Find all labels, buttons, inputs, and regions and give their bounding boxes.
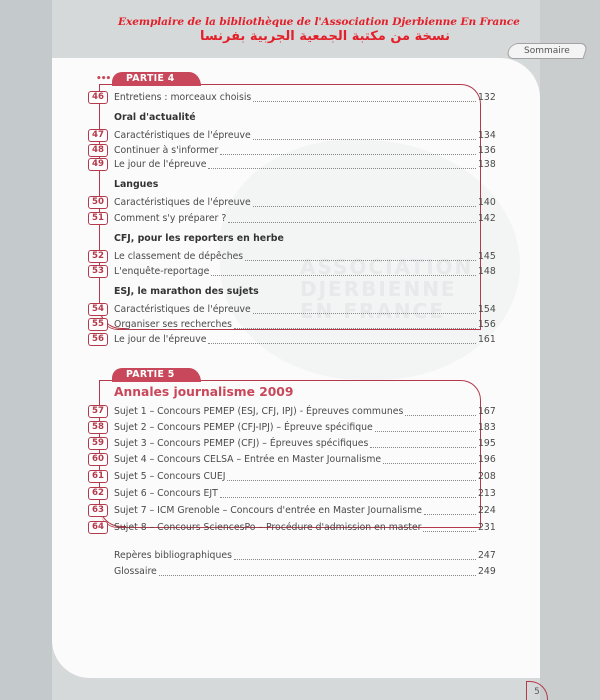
page-ref: 213: [478, 488, 500, 499]
page-ref: 208: [478, 471, 500, 482]
group-heading: Oral d'actualité: [114, 112, 196, 123]
dot-leader: [211, 267, 476, 276]
entry-title: Le classement de dépêches: [114, 251, 243, 262]
chapter-number: 62: [88, 487, 108, 500]
toc-entry[interactable]: 53 L'enquête-reportage 148: [88, 264, 500, 278]
chapter-number: 64: [88, 521, 108, 534]
page-ref: 156: [478, 319, 500, 330]
ellipsis-icon: •••: [96, 74, 110, 84]
page-ref: 145: [478, 251, 500, 262]
chapter-number: 55: [88, 318, 108, 331]
group-heading: Langues: [114, 179, 158, 190]
dot-leader: [383, 455, 476, 464]
toc-entry[interactable]: 54 Caractéristiques de l'épreuve 154: [88, 302, 500, 316]
page-ref: 142: [478, 213, 500, 224]
page-ref: 195: [478, 438, 500, 449]
entry-title: Caractéristiques de l'épreuve: [114, 130, 251, 141]
page-ref: 138: [478, 159, 500, 170]
chapter-number: 53: [88, 265, 108, 278]
toc-entry[interactable]: 57 Sujet 1 – Concours PEMEP (ESJ, CFJ, I…: [88, 404, 500, 418]
page-ref: 224: [478, 505, 500, 516]
dot-leader: [234, 320, 476, 329]
toc-entry[interactable]: 56 Le jour de l'épreuve 161: [88, 332, 500, 346]
page-ref: 134: [478, 130, 500, 141]
chapter-number: 54: [88, 303, 108, 316]
chapter-number: 59: [88, 437, 108, 450]
dot-leader: [245, 252, 476, 261]
partie4-tab[interactable]: PARTIE 4: [112, 72, 201, 86]
partie5-tab[interactable]: PARTIE 5: [112, 368, 201, 382]
entry-title: Sujet 3 – Concours PEMEP (CFJ) – Épreuve…: [114, 438, 368, 449]
entry-title: Le jour de l'épreuve: [114, 159, 206, 170]
entry-title: Sujet 6 – Concours EJT: [114, 488, 218, 499]
sommaire-label: Sommaire: [524, 44, 570, 58]
chapter-number: 61: [88, 470, 108, 483]
dot-leader: [253, 198, 476, 207]
dot-leader: [253, 131, 476, 140]
page-ref: 161: [478, 334, 500, 345]
dot-leader: [370, 439, 476, 448]
entry-title: Sujet 2 – Concours PEMEP (CFJ-IPJ) – Épr…: [114, 422, 373, 433]
sommaire-tab[interactable]: Sommaire: [505, 43, 588, 59]
chapter-number: 46: [88, 91, 108, 104]
chapter-number: 48: [88, 144, 108, 157]
entry-title: Glossaire: [114, 566, 157, 577]
partie5-heading: Annales journalisme 2009: [114, 385, 293, 399]
entry-title: Sujet 4 – Concours CELSA – Entrée en Mas…: [114, 454, 381, 465]
entry-title: Caractéristiques de l'épreuve: [114, 197, 251, 208]
page-ref: 196: [478, 454, 500, 465]
chapter-number: 57: [88, 405, 108, 418]
dot-leader: [228, 214, 476, 223]
toc-entry-glossary[interactable]: Glossaire 249: [114, 564, 500, 578]
page-ref: 231: [478, 522, 500, 533]
toc-entry[interactable]: 63 Sujet 7 – ICM Grenoble – Concours d'e…: [88, 503, 500, 517]
dot-leader: [375, 423, 476, 432]
chapter-number: 60: [88, 453, 108, 466]
dot-leader: [423, 523, 476, 532]
toc-entry[interactable]: 51 Comment s'y préparer ? 142: [88, 211, 500, 225]
dot-leader: [220, 146, 476, 155]
dot-leader: [234, 551, 476, 560]
chapter-number: 56: [88, 333, 108, 346]
entry-title: Sujet 1 – Concours PEMEP (ESJ, CFJ, IPJ)…: [114, 406, 403, 417]
page-ref: 132: [478, 92, 500, 103]
entry-title: Sujet 5 – Concours CUEJ: [114, 471, 225, 482]
dot-leader: [227, 472, 476, 481]
dot-leader: [253, 305, 476, 314]
entry-title: Organiser ses recherches: [114, 319, 232, 330]
dot-leader: [405, 407, 476, 416]
toc-entry[interactable]: 55 Organiser ses recherches 156: [88, 317, 500, 331]
dot-leader: [220, 489, 476, 498]
toc-entry[interactable]: 60 Sujet 4 – Concours CELSA – Entrée en …: [88, 452, 500, 466]
ownership-stamp-ar: نسخة من مكتبة الجمعية الجربية بفرنسا: [200, 29, 460, 44]
entry-title: Caractéristiques de l'épreuve: [114, 304, 251, 315]
page-ref: 148: [478, 266, 500, 277]
page-ref: 249: [478, 566, 500, 577]
toc-entry-bibliography[interactable]: Repères bibliographiques 247: [114, 548, 500, 562]
dot-leader: [208, 160, 476, 169]
toc-entry[interactable]: 59 Sujet 3 – Concours PEMEP (CFJ) – Épre…: [88, 436, 500, 450]
group-heading: ESJ, le marathon des sujets: [114, 286, 259, 297]
entry-title: Continuer à s'informer: [114, 145, 218, 156]
page-edge-left: [0, 0, 52, 700]
chapter-number: 49: [88, 158, 108, 171]
page-ref: 247: [478, 550, 500, 561]
toc-entry[interactable]: 47 Caractéristiques de l'épreuve 134: [88, 128, 500, 142]
group-heading: CFJ, pour les reporters en herbe: [114, 233, 284, 244]
dot-leader: [208, 335, 476, 344]
chapter-number: 52: [88, 250, 108, 263]
toc-entry[interactable]: 62 Sujet 6 – Concours EJT 213: [88, 486, 500, 500]
toc-entry[interactable]: 49 Le jour de l'épreuve 138: [88, 157, 500, 171]
entry-title: Le jour de l'épreuve: [114, 334, 206, 345]
entry-title: Sujet 8 – Concours SciencesPo – Procédur…: [114, 522, 421, 533]
toc-entry[interactable]: 58 Sujet 2 – Concours PEMEP (CFJ-IPJ) – …: [88, 420, 500, 434]
chapter-number: 50: [88, 196, 108, 209]
toc-entry[interactable]: 52 Le classement de dépêches 145: [88, 249, 500, 263]
entry-title: Sujet 7 – ICM Grenoble – Concours d'entr…: [114, 505, 422, 516]
dot-leader: [159, 567, 476, 576]
toc-entry[interactable]: 64 Sujet 8 – Concours SciencesPo – Procé…: [88, 520, 500, 534]
chapter-number: 63: [88, 504, 108, 517]
toc-entry[interactable]: 48 Continuer à s'informer 136: [88, 143, 500, 157]
toc-entry[interactable]: 46 Entretiens : morceaux choisis 132: [88, 90, 500, 104]
entry-title: Entretiens : morceaux choisis: [114, 92, 251, 103]
page-edge-right: [540, 0, 600, 700]
toc-entry[interactable]: 50 Caractéristiques de l'épreuve 140: [88, 195, 500, 209]
dot-leader: [253, 93, 476, 102]
dot-leader: [424, 506, 476, 515]
entry-title: L'enquête-reportage: [114, 266, 209, 277]
page-ref: 140: [478, 197, 500, 208]
ownership-stamp-fr: Exemplaire de la bibliothèque de l'Assoc…: [118, 16, 548, 28]
page-ref: 154: [478, 304, 500, 315]
page-ref: 183: [478, 422, 500, 433]
toc-entry[interactable]: 61 Sujet 5 – Concours CUEJ 208: [88, 469, 500, 483]
page-ref: 136: [478, 145, 500, 156]
chapter-number: 58: [88, 421, 108, 434]
chapter-number: 47: [88, 129, 108, 142]
chapter-number: 51: [88, 212, 108, 225]
entry-title: Comment s'y préparer ?: [114, 213, 226, 224]
entry-title: Repères bibliographiques: [114, 550, 232, 561]
page-ref: 167: [478, 406, 500, 417]
